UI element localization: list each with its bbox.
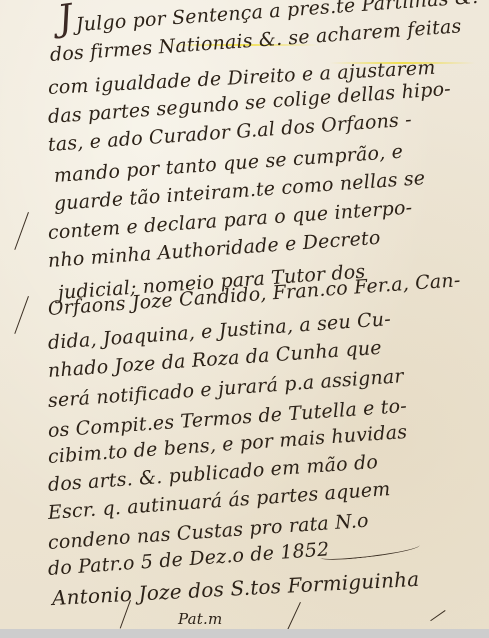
signature-title: Pat.m — [178, 610, 222, 628]
margin-stroke-left — [14, 296, 29, 334]
pen-stroke — [430, 610, 445, 621]
pen-stroke — [287, 602, 301, 629]
manuscript-page: J Julgo por Sentença a pres.te Partilhas… — [0, 0, 489, 629]
bottom-bar — [0, 629, 489, 638]
signature-title-text: Pat.m — [178, 610, 222, 628]
margin-stroke-left — [14, 212, 29, 250]
initial-flourish-j: J — [55, 0, 75, 40]
date-flourish — [320, 541, 421, 562]
